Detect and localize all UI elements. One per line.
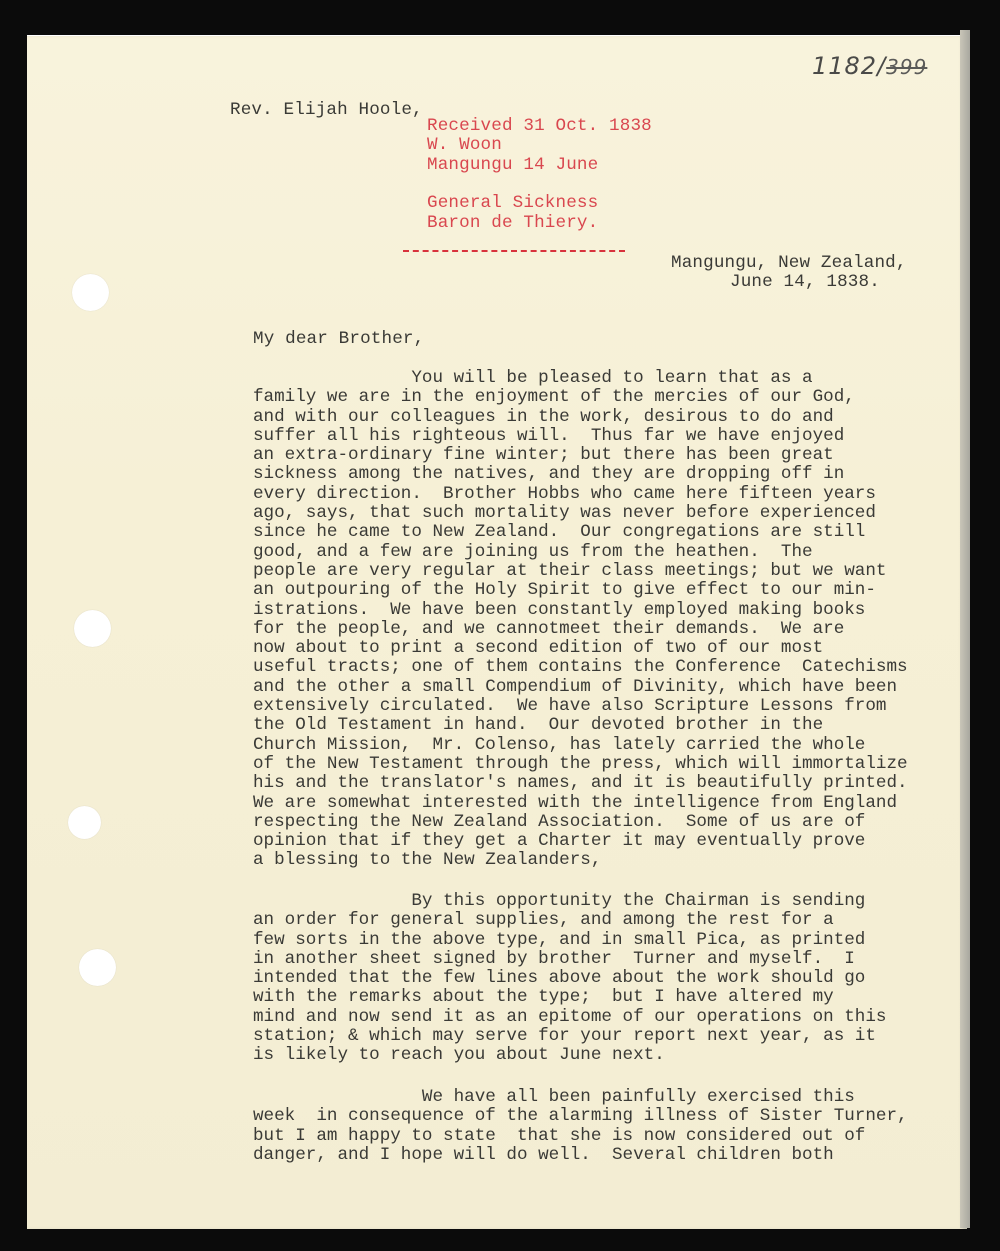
paragraph-line: ago, says, that such mortality was never… <box>253 504 908 523</box>
punch-hole-4 <box>79 949 116 986</box>
paragraph-line: Church Mission, Mr. Colenso, has lately … <box>253 736 908 755</box>
paragraph-line: now about to print a second edition of t… <box>253 639 908 658</box>
paragraph-line: the Old Testament in hand. Our devoted b… <box>253 716 908 735</box>
paragraph-line: We are somewhat interested with the inte… <box>253 794 908 813</box>
paragraph-line: opinion that if they get a Charter it ma… <box>253 832 908 851</box>
paragraph-line: station; & which may serve for your repo… <box>253 1027 886 1046</box>
paragraph-line: is likely to reach you about June next. <box>253 1046 886 1065</box>
date-line: June 14, 1838. <box>730 273 880 292</box>
paragraph-line: family we are in the enjoyment of the me… <box>253 388 908 407</box>
paragraph-line: By this opportunity the Chairman is send… <box>253 892 886 911</box>
paragraph-line: useful tracts; one of them contains the … <box>253 658 908 677</box>
paragraph-3: We have all been painfully exercised thi… <box>253 1088 908 1165</box>
punch-hole-1 <box>72 274 109 311</box>
paragraph-line: his and the translator's names, and it i… <box>253 774 908 793</box>
paragraph-line: every direction. Brother Hobbs who came … <box>253 485 908 504</box>
paragraph-line: few sorts in the above type, and in smal… <box>253 931 886 950</box>
paragraph-line: an order for general supplies, and among… <box>253 911 886 930</box>
paragraph-line: sickness among the natives, and they are… <box>253 465 908 484</box>
paragraph-line: but I am happy to state that she is now … <box>253 1127 908 1146</box>
paragraph-line: an outpouring of the Holy Spirit to give… <box>253 581 908 600</box>
paragraph-line: of the New Testament through the press, … <box>253 755 908 774</box>
paragraph-line: istrations. We have been constantly empl… <box>253 601 908 620</box>
paragraph-line: We have all been painfully exercised thi… <box>253 1088 908 1107</box>
paragraph-2: By this opportunity the Chairman is send… <box>253 892 886 1066</box>
paragraph-line: in another sheet signed by brother Turne… <box>253 950 886 969</box>
paragraph-line: respecting the New Zealand Association. … <box>253 813 908 832</box>
author-annotation: W. Woon <box>427 136 502 155</box>
paragraph-line: week in consequence of the alarming illn… <box>253 1107 908 1126</box>
punch-hole-3 <box>68 806 101 839</box>
paragraph-line: for the people, and we cannotmeet their … <box>253 620 908 639</box>
archive-reference-number: 1182/399 <box>812 52 927 80</box>
place-line: Mangungu, New Zealand, <box>671 254 907 273</box>
archive-reference-current: 1182/ <box>812 52 886 80</box>
paragraph-line: You will be pleased to learn that as a <box>253 369 908 388</box>
paragraph-line: danger, and I hope will do well. Several… <box>253 1146 908 1165</box>
red-divider-rule <box>403 250 625 252</box>
paragraph-line: suffer all his righteous will. Thus far … <box>253 427 908 446</box>
paragraph-line: a blessing to the New Zealanders, <box>253 851 908 870</box>
paragraph-line: an extra-ordinary fine winter; but there… <box>253 446 908 465</box>
received-annotation: Received 31 Oct. 1838 <box>427 117 652 136</box>
paragraph-1: You will be pleased to learn that as a f… <box>253 369 908 871</box>
punch-hole-2 <box>74 610 111 647</box>
archive-reference-struck: 399 <box>886 55 927 79</box>
paragraph-line: good, and a few are joining us from the … <box>253 543 908 562</box>
paragraph-line: people are very regular at their class m… <box>253 562 908 581</box>
page-edge-shadow <box>960 30 970 1228</box>
addressee-line: Rev. Elijah Hoole, <box>230 101 423 120</box>
subject-annotation-2: Baron de Thiery. <box>427 214 598 233</box>
paragraph-line: and the other a small Compendium of Divi… <box>253 678 908 697</box>
paragraph-line: mind and now send it as an epitome of ou… <box>253 1008 886 1027</box>
subject-annotation-1: General Sickness <box>427 194 598 213</box>
origin-annotation: Mangungu 14 June <box>427 156 598 175</box>
paragraph-line: and with our colleagues in the work, des… <box>253 408 908 427</box>
paragraph-line: extensively circulated. We have also Scr… <box>253 697 908 716</box>
paragraph-line: since he came to New Zealand. Our congre… <box>253 523 908 542</box>
paragraph-line: intended that the few lines above about … <box>253 969 886 988</box>
salutation: My dear Brother, <box>253 330 424 349</box>
paragraph-line: with the remarks about the type; but I h… <box>253 988 886 1007</box>
